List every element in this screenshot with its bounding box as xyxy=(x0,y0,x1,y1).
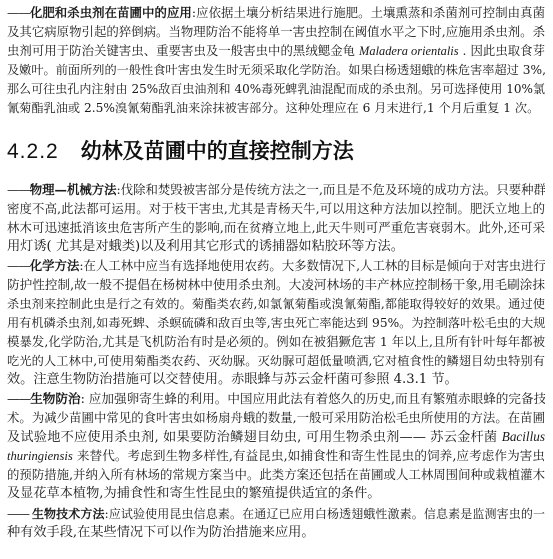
paragraph-text: 及其它病原物引起的猝倒病。当物理防治不能将单一害虫控制在阈值水平之下时,应施用杀… xyxy=(7,24,545,39)
paragraph-text: :在人工林中应当有选择地使用农药。大多数情况下,人工林的目标是倾向于对害虫进行 xyxy=(79,258,545,273)
paragraph-line: 那么可往虫孔内注射由 25%敌百虫油剂和 40%毒死蜱乳油混配而成的杀虫剂。另可… xyxy=(7,80,545,98)
paragraph-text: 防护性控制,故一般不提倡在杨树林中使用杀虫剂。大凌河林场的丰产林应控制杨干象,用… xyxy=(7,277,545,292)
paragraph-line: 吃光的人工林中,可使用菊酯类农药、灭幼脲。灭幼脲可超低量喷洒,它对植食性的鳞翅目… xyxy=(7,352,545,370)
paragraph-line: —— 生物技术方法:应试验使用昆虫信息素。在通辽已应用白杨透翅蛾性激素。信息素是… xyxy=(7,505,545,523)
paragraph-text: : 应加强卵寄生蜂的利用。中国应用此法有着悠久的历史,而且有繁殖赤眼蜂的完备技 xyxy=(81,391,545,406)
paragraph-line: ——生物防治: 应加强卵寄生蜂的利用。中国应用此法有着悠久的历史,而且有繁殖赤眼… xyxy=(7,390,545,408)
latin-species-name: thuringiensis xyxy=(7,449,73,463)
paragraph-line: thuringiensis 来替代。考虑到生物多样性,有益昆虫,如捕食性和寄生性… xyxy=(7,447,545,465)
paragraph-label: 化学方法 xyxy=(30,258,80,273)
paragraph-line: 防护性控制,故一般不提倡在杨树林中使用杀虫剂。大凌河林场的丰产林应控制杨干象,用… xyxy=(7,276,545,294)
em-dash: —— xyxy=(7,507,32,521)
paragraph-text: 那么可往虫孔内注射由 25%敌百虫油剂和 40%毒死蜱乳油混配而成的杀虫剂。另可… xyxy=(7,82,545,96)
paragraph-line: 林木可迅速抵消该虫危害所产生的影响,而在贫瘠立地上,此天牛则可严重危害衰弱木。此… xyxy=(7,219,545,237)
paragraph-text: 用灯诱( 尤其是对蛾类)以及利用其它形式的诱捕器如粘胶环等方法。 xyxy=(7,239,404,254)
latin-species-name: Maladera orientalis xyxy=(359,44,459,58)
document-page: ——化肥和杀虫剂在苗圃中的应用:应依据土壤分析结果进行施肥。土壤熏蒸和杀菌剂可控… xyxy=(0,0,553,559)
paragraph-text: 及显花草本植物,为捕食性和寄生性昆虫的繁殖提供适宜的条件。 xyxy=(7,486,380,501)
paragraph-line: 及其它病原物引起的猝倒病。当物理防治不能将单一害虫控制在阈值水平之下时,应施用杀… xyxy=(7,23,545,41)
paragraph-text: 的预防措施,并纳入所有林场的常规方案当中。此类方案还包括在苗圃或人工林周围间种或… xyxy=(7,467,545,482)
em-dash: —— xyxy=(7,182,30,197)
section-number: 4.2.2 xyxy=(7,140,59,163)
em-dash: —— xyxy=(7,258,30,273)
section-title: 幼林及苗圃中的直接控制方法 xyxy=(81,139,354,163)
paragraph-line: ——化肥和杀虫剂在苗圃中的应用:应依据土壤分析结果进行施肥。土壤熏蒸和杀菌剂可控… xyxy=(7,4,545,22)
paragraph-line: 氰菊酯乳油或 2.5%溴氰菊酯乳油来涂抹被害部分。这种处理应在 6 月末进行,1… xyxy=(7,99,545,117)
paragraph-line: 效。注意生物防治措施可以交替使用。赤眼蜂与苏云金杆菌可参照 4.3.1 节。 xyxy=(7,371,545,389)
paragraph-text: 林木可迅速抵消该虫危害所产生的影响,而在贫瘠立地上,此天牛则可严重危害衰弱木。此… xyxy=(7,220,545,235)
paragraph-line: 术。为减少苗圃中常见的食叶害虫如杨扇舟蛾的数量,一般可采用防治松毛虫所使用的方法… xyxy=(7,409,545,427)
paragraph-line: 杀虫剂来控制此虫是行之有效的。菊酯类农药,如氯氰菊酯或溴氰菊酯,都能取得较好的效… xyxy=(7,295,545,313)
paragraph-line: 及试验地不应使用杀虫剂, 如果要防治鳞翅目幼虫, 可用生物杀虫剂—— 苏云金杆菌… xyxy=(7,428,545,446)
paragraph-label: 物理—机械方法 xyxy=(30,182,117,197)
paragraph-text: 吃光的人工林中,可使用菊酯类农药、灭幼脲。灭幼脲可超低量喷洒,它对植食性的鳞翅目… xyxy=(7,354,545,368)
paragraph-line: 密度不高,此法都可运用。对于枝干害虫,尤其是青杨天牛,可以用这种方法加以控制。肥… xyxy=(7,200,545,218)
paragraph-text: :伐除和焚毁被害部分是传统方法之一,而且是不危及环境的成功方法。只要种群 xyxy=(117,182,545,197)
em-dash: —— xyxy=(7,5,30,20)
paragraph-line: ——化学方法:在人工林中应当有选择地使用农药。大多数情况下,人工林的目标是倾向于… xyxy=(7,257,545,275)
paragraph-line: 用有机磷杀虫剂,如毒死蜱、杀螟硫磷和敌百虫等,害虫死亡率能达到 95%。为控制落… xyxy=(7,314,545,332)
paragraph-text: 种有效手段,在某些情况下可以作为防治措施来应用。 xyxy=(7,525,315,540)
paragraph-text: 模暴发,化学防治,尤其是飞机防治有时是必须的。例如在被猖獗危害 1 年以上,且所… xyxy=(7,334,545,349)
paragraph-text: 杀虫剂来控制此虫是行之有效的。菊酯类农药,如氯氰菊酯或溴氰菊酯,都能取得较好的效… xyxy=(7,297,545,311)
paragraph-text: 来替代。考虑到生物多样性,有益昆虫,如捕食性和寄生性昆虫的饲养,应考虑作为害虫 xyxy=(73,448,545,463)
paragraph-text: 密度不高,此法都可运用。对于枝干害虫,尤其是青杨天牛,可以用这种方法加以控制。肥… xyxy=(7,201,545,216)
paragraph-line: 种有效手段,在某些情况下可以作为防治措施来应用。 xyxy=(7,524,545,542)
paragraph-line: ——物理—机械方法:伐除和焚毁被害部分是传统方法之一,而且是不危及环境的成功方法… xyxy=(7,181,545,199)
paragraph-text: :应依据土壤分析结果进行施肥。土壤熏蒸和杀菌剂可控制由真菌 xyxy=(192,5,545,20)
paragraph-text: 虫剂可用于防治关键害虫、重要害虫及一般害虫中的黑绒鳃金龟 xyxy=(7,43,355,58)
paragraph-text: :应试验使用昆虫信息素。在通辽已应用白杨透翅蛾性激素。信息素是监测害虫的一 xyxy=(105,507,545,521)
paragraph-text: 用有机磷杀虫剂,如毒死蜱、杀螟硫磷和敌百虫等,害虫死亡率能达到 95%。为控制落… xyxy=(7,316,545,330)
paragraph-text: 效。注意生物防治措施可以交替使用。赤眼蜂与苏云金杆菌可参照 4.3.1 节。 xyxy=(7,372,458,387)
paragraph-line: 模暴发,化学防治,尤其是飞机防治有时是必须的。例如在被猖獗危害 1 年以上,且所… xyxy=(7,333,545,351)
paragraph-line: 虫剂可用于防治关键害虫、重要害虫及一般害虫中的黑绒鳃金龟 Maladera or… xyxy=(7,42,545,60)
em-dash: —— xyxy=(7,391,30,406)
paragraph-text: 术。为减少苗圃中常见的食叶害虫如杨扇舟蛾的数量,一般可采用防治松毛虫所使用的方法… xyxy=(7,410,545,425)
paragraph-text: . 因此虫取食芽 xyxy=(459,43,545,58)
section-heading: 4.2.2幼林及苗圃中的直接控制方法 xyxy=(7,136,547,166)
paragraph-line: 的预防措施,并纳入所有林场的常规方案当中。此类方案还包括在苗圃或人工林周围间种或… xyxy=(7,466,545,484)
paragraph-label: 生物技术方法 xyxy=(32,507,105,521)
paragraph-text: 及嫩叶。前面所列的一般性食叶害虫发生时无须采取化学防治。如果白杨透翅蛾的株危害率… xyxy=(7,63,545,77)
paragraph-line: 用灯诱( 尤其是对蛾类)以及利用其它形式的诱捕器如粘胶环等方法。 xyxy=(7,238,545,256)
paragraph-text: 及试验地不应使用杀虫剂, 如果要防治鳞翅目幼虫, 可用生物杀虫剂—— 苏云金杆菌 xyxy=(7,430,497,445)
paragraph-line: 及嫩叶。前面所列的一般性食叶害虫发生时无须采取化学防治。如果白杨透翅蛾的株危害率… xyxy=(7,61,545,79)
paragraph-label: 生物防治 xyxy=(30,391,80,406)
latin-species-name: Bacillus xyxy=(502,429,545,444)
paragraph-label: 化肥和杀虫剂在苗圃中的应用 xyxy=(30,5,192,20)
paragraph-text: 氰菊酯乳油或 2.5%溴氰菊酯乳油来涂抹被害部分。这种处理应在 6 月末进行,1… xyxy=(7,101,539,115)
paragraph-line: 及显花草本植物,为捕食性和寄生性昆虫的繁殖提供适宜的条件。 xyxy=(7,485,545,503)
